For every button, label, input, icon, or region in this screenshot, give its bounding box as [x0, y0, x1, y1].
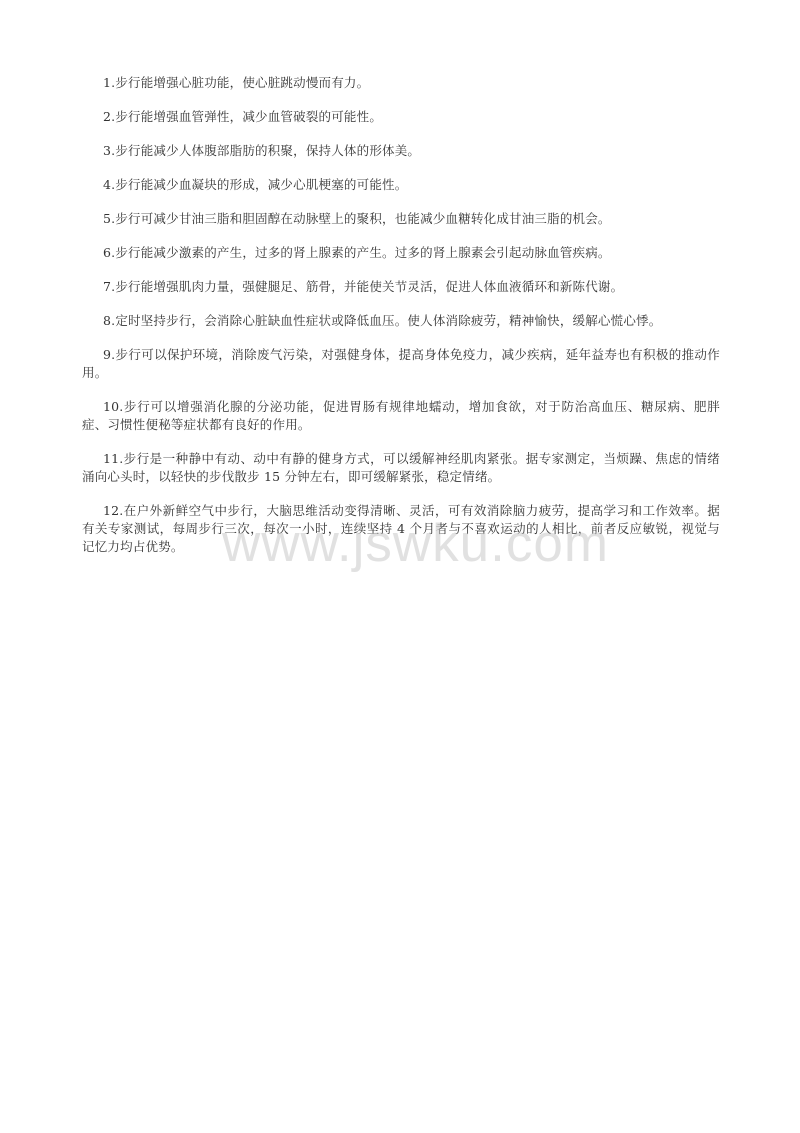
document-body: 1.步行能增强心脏功能，使心脏跳动慢而有力。 2.步行能增强血管弹性，减少血管破…	[82, 74, 720, 572]
paragraph-11: 11.步行是一种静中有动、动中有静的健身方式，可以缓解神经肌肉紧张。据专家测定，…	[82, 450, 720, 486]
paragraph-8: 8.定时坚持步行，会消除心脏缺血性症状或降低血压。使人体消除疲劳，精神愉快，缓解…	[82, 312, 720, 330]
paragraph-4: 4.步行能减少血凝块的形成，减少心肌梗塞的可能性。	[82, 176, 720, 194]
paragraph-2: 2.步行能增强血管弹性，减少血管破裂的可能性。	[82, 108, 720, 126]
paragraph-12: 12.在户外新鲜空气中步行，大脑思维活动变得清晰、灵活，可有效消除脑力疲劳，提高…	[82, 502, 720, 556]
paragraph-9: 9.步行可以保护环境，消除废气污染，对强健身体，提高身体免疫力，减少疾病，延年益…	[82, 346, 720, 382]
paragraph-1: 1.步行能增强心脏功能，使心脏跳动慢而有力。	[82, 74, 720, 92]
paragraph-10: 10.步行可以增强消化腺的分泌功能，促进胃肠有规律地蠕动，增加食欲，对于防治高血…	[82, 398, 720, 434]
paragraph-5: 5.步行可减少甘油三脂和胆固醇在动脉壁上的聚积，也能减少血糖转化成甘油三脂的机会…	[82, 210, 720, 228]
paragraph-6: 6.步行能减少激素的产生，过多的肾上腺素的产生。过多的肾上腺素会引起动脉血管疾病…	[82, 244, 720, 262]
paragraph-7: 7.步行能增强肌肉力量，强健腿足、筋骨，并能使关节灵活，促进人体血液循环和新陈代…	[82, 278, 720, 296]
paragraph-3: 3.步行能减少人体腹部脂肪的积聚，保持人体的形体美。	[82, 142, 720, 160]
